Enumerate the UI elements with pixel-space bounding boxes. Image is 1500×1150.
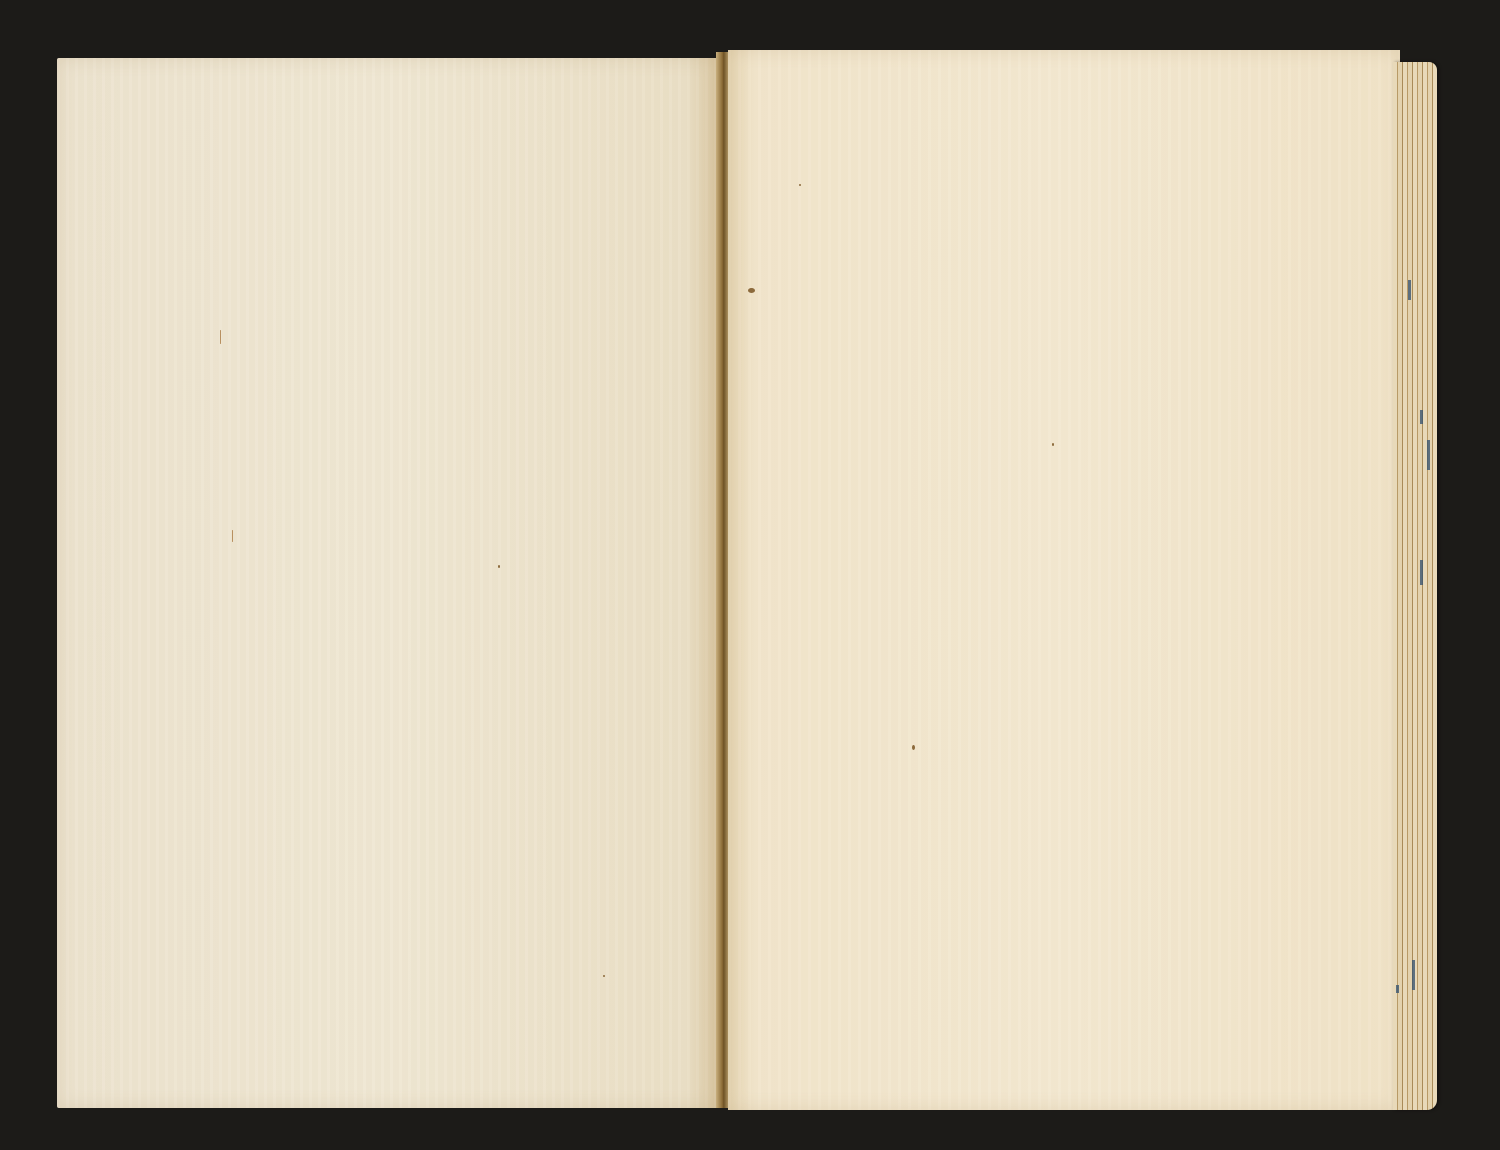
edge-mark xyxy=(1427,440,1430,470)
paper-speck xyxy=(1052,443,1054,446)
left-page xyxy=(57,58,719,1108)
page-stack-edge xyxy=(1393,62,1437,1110)
right-page xyxy=(728,50,1400,1110)
paper-speck xyxy=(498,565,500,568)
edge-mark xyxy=(1396,985,1399,993)
paper-speck xyxy=(912,745,915,750)
edge-mark xyxy=(1408,280,1411,300)
edge-mark xyxy=(1412,960,1415,990)
paper-speck xyxy=(603,975,605,977)
dark-background xyxy=(0,0,1500,1150)
edge-mark xyxy=(1420,560,1423,585)
paper-speck xyxy=(799,184,801,186)
paper-speck xyxy=(220,330,221,344)
paper-speck xyxy=(748,288,755,293)
edge-mark xyxy=(1420,410,1423,424)
paper-speck xyxy=(232,530,233,542)
